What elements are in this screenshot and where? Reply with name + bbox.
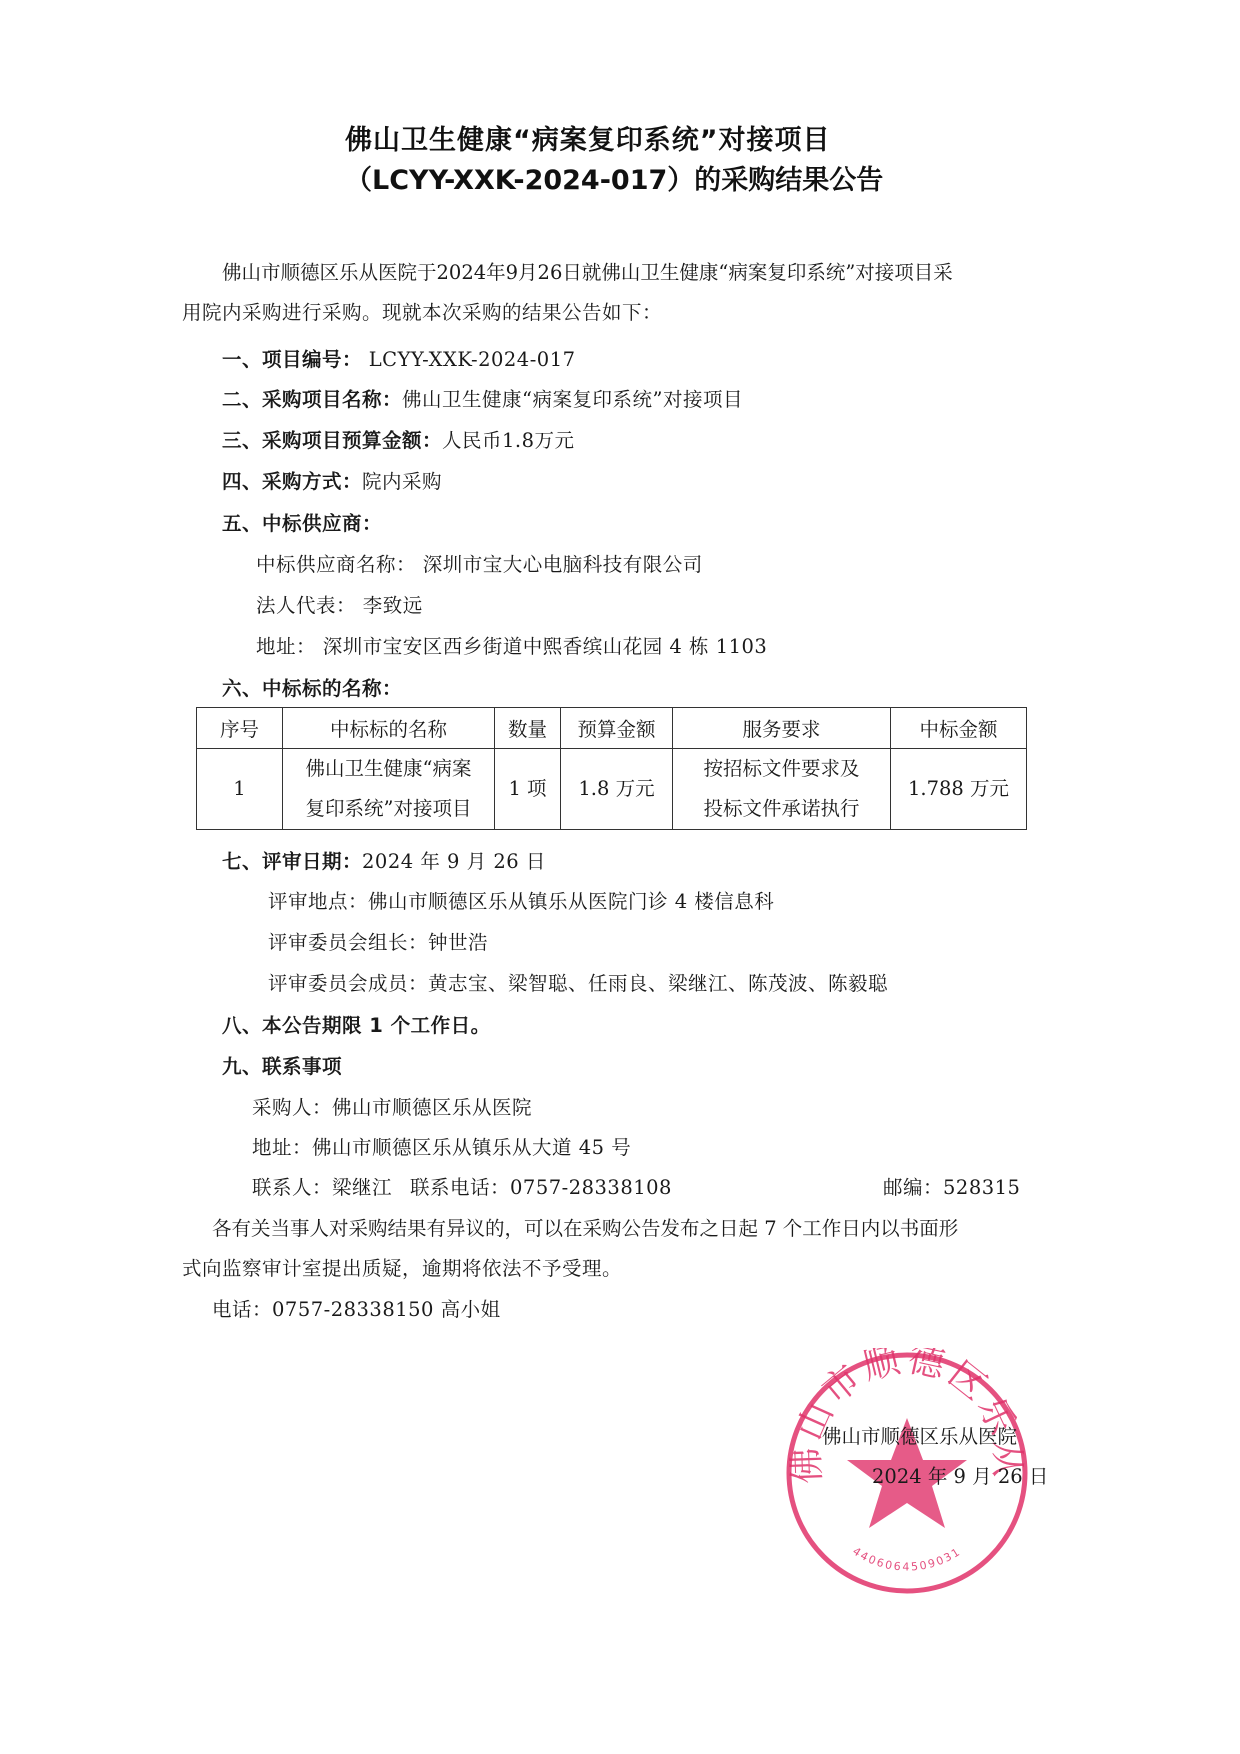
project-name-value: 佛山卫生健康“病案复印系统”对接项目 bbox=[402, 388, 743, 411]
review-location: 评审地点：佛山市顺德区乐从镇乐从医院门诊 4 楼信息科 bbox=[268, 886, 774, 914]
header-item-name: 中标标的名称 bbox=[283, 708, 495, 749]
contact-person: 联系人：梁继江 bbox=[252, 1172, 392, 1200]
cell-budget: 1.8 万元 bbox=[561, 749, 673, 830]
item-name-line1: 佛山卫生健康“病案 bbox=[287, 749, 490, 789]
contact-postcode: 邮编：528315 bbox=[883, 1172, 1020, 1200]
supplier-address: 地址： 深圳市宝安区西乡街道中熙香缤山花园 4 栋 1103 bbox=[256, 631, 767, 659]
svg-text:4406064509031: 4406064509031 bbox=[850, 1545, 963, 1574]
cell-quantity: 1 项 bbox=[495, 749, 561, 830]
review-date-value: 2024 年 9 月 26 日 bbox=[362, 850, 546, 873]
header-service: 服务要求 bbox=[673, 708, 891, 749]
supplier-legal-rep: 法人代表： 李致远 bbox=[256, 590, 423, 618]
cell-no: 1 bbox=[197, 749, 283, 830]
review-leader: 评审委员会组长：钟世浩 bbox=[268, 927, 488, 955]
section-review-date: 七、评审日期：2024 年 9 月 26 日 bbox=[222, 846, 546, 874]
contact-address: 地址：佛山市顺德区乐从镇乐从大道 45 号 bbox=[252, 1132, 631, 1160]
table-header-row: 序号 中标标的名称 数量 预算金额 服务要求 中标金额 bbox=[197, 708, 1027, 749]
signature-org: 佛山市顺德区乐从医院 bbox=[822, 1421, 1017, 1449]
section-label: 二、采购项目名称： bbox=[222, 388, 402, 411]
section-contact-heading: 九、联系事项 bbox=[222, 1051, 342, 1079]
award-table: 序号 中标标的名称 数量 预算金额 服务要求 中标金额 1 佛山卫生健康“病案 … bbox=[196, 707, 1027, 830]
header-budget: 预算金额 bbox=[561, 708, 673, 749]
item-name-line2: 复印系统”对接项目 bbox=[287, 789, 490, 829]
seal-serial: 4406064509031 bbox=[850, 1545, 963, 1574]
supplier-name: 中标供应商名称： 深圳市宝大心电脑科技有限公司 bbox=[256, 549, 703, 577]
section-project-name: 二、采购项目名称：佛山卫生健康“病案复印系统”对接项目 bbox=[222, 384, 743, 412]
section-supplier-heading: 五、中标供应商： bbox=[222, 508, 382, 536]
review-members: 评审委员会成员：黄志宝、梁智聪、任雨良、梁继江、陈茂波、陈毅聪 bbox=[268, 968, 888, 996]
table-row: 1 佛山卫生健康“病案 复印系统”对接项目 1 项 1.8 万元 按招标文件要求… bbox=[197, 749, 1027, 830]
project-number-value: LCYY-XXK-2024-017 bbox=[362, 348, 576, 371]
header-award-amount: 中标金额 bbox=[891, 708, 1027, 749]
cell-award-amount: 1.788 万元 bbox=[891, 749, 1027, 830]
cell-service: 按招标文件要求及 投标文件承诺执行 bbox=[673, 749, 891, 830]
section-label: 四、采购方式： bbox=[222, 470, 362, 493]
objection-line2: 式向监察审计室提出质疑，逾期将依法不予受理。 bbox=[182, 1253, 622, 1281]
section-method: 四、采购方式：院内采购 bbox=[222, 466, 442, 494]
section-notice-period: 八、本公告期限 1 个工作日。 bbox=[222, 1010, 491, 1038]
service-line1: 按招标文件要求及 bbox=[677, 749, 886, 789]
header-no: 序号 bbox=[197, 708, 283, 749]
signature-date: 2024 年 9 月 26 日 bbox=[872, 1461, 1048, 1489]
intro-line2: 用院内采购进行采购。现就本次采购的结果公告如下： bbox=[182, 297, 662, 325]
section-label: 三、采购项目预算金额： bbox=[222, 429, 442, 452]
doc-title-line1: 佛山卫生健康“病案复印系统”对接项目 bbox=[345, 118, 831, 157]
budget-value: 人民币1.8万元 bbox=[442, 429, 575, 452]
contact-purchaser: 采购人：佛山市顺德区乐从医院 bbox=[252, 1092, 532, 1120]
section-label: 七、评审日期： bbox=[222, 850, 362, 873]
objection-line1: 各有关当事人对采购结果有异议的，可以在采购公告发布之日起 7 个工作日内以书面形 bbox=[212, 1213, 958, 1241]
method-value: 院内采购 bbox=[362, 470, 442, 493]
intro-line1: 佛山市顺德区乐从医院于2024年9月26日就佛山卫生健康“病案复印系统”对接项目… bbox=[222, 257, 953, 285]
service-line2: 投标文件承诺执行 bbox=[677, 789, 886, 829]
section-budget: 三、采购项目预算金额：人民币1.8万元 bbox=[222, 425, 575, 453]
cell-item-name: 佛山卫生健康“病案 复印系统”对接项目 bbox=[283, 749, 495, 830]
doc-title-line2: （LCYY-XXK-2024-017）的采购结果公告 bbox=[345, 158, 883, 197]
contact-phone: 联系电话：0757-28338108 bbox=[410, 1172, 672, 1200]
section-label: 一、项目编号： bbox=[222, 348, 362, 371]
section-project-number: 一、项目编号： LCYY-XXK-2024-017 bbox=[222, 344, 576, 372]
header-quantity: 数量 bbox=[495, 708, 561, 749]
section-award-items-heading: 六、中标标的名称： bbox=[222, 673, 402, 701]
objection-phone: 电话：0757-28338150 高小姐 bbox=[212, 1294, 501, 1322]
